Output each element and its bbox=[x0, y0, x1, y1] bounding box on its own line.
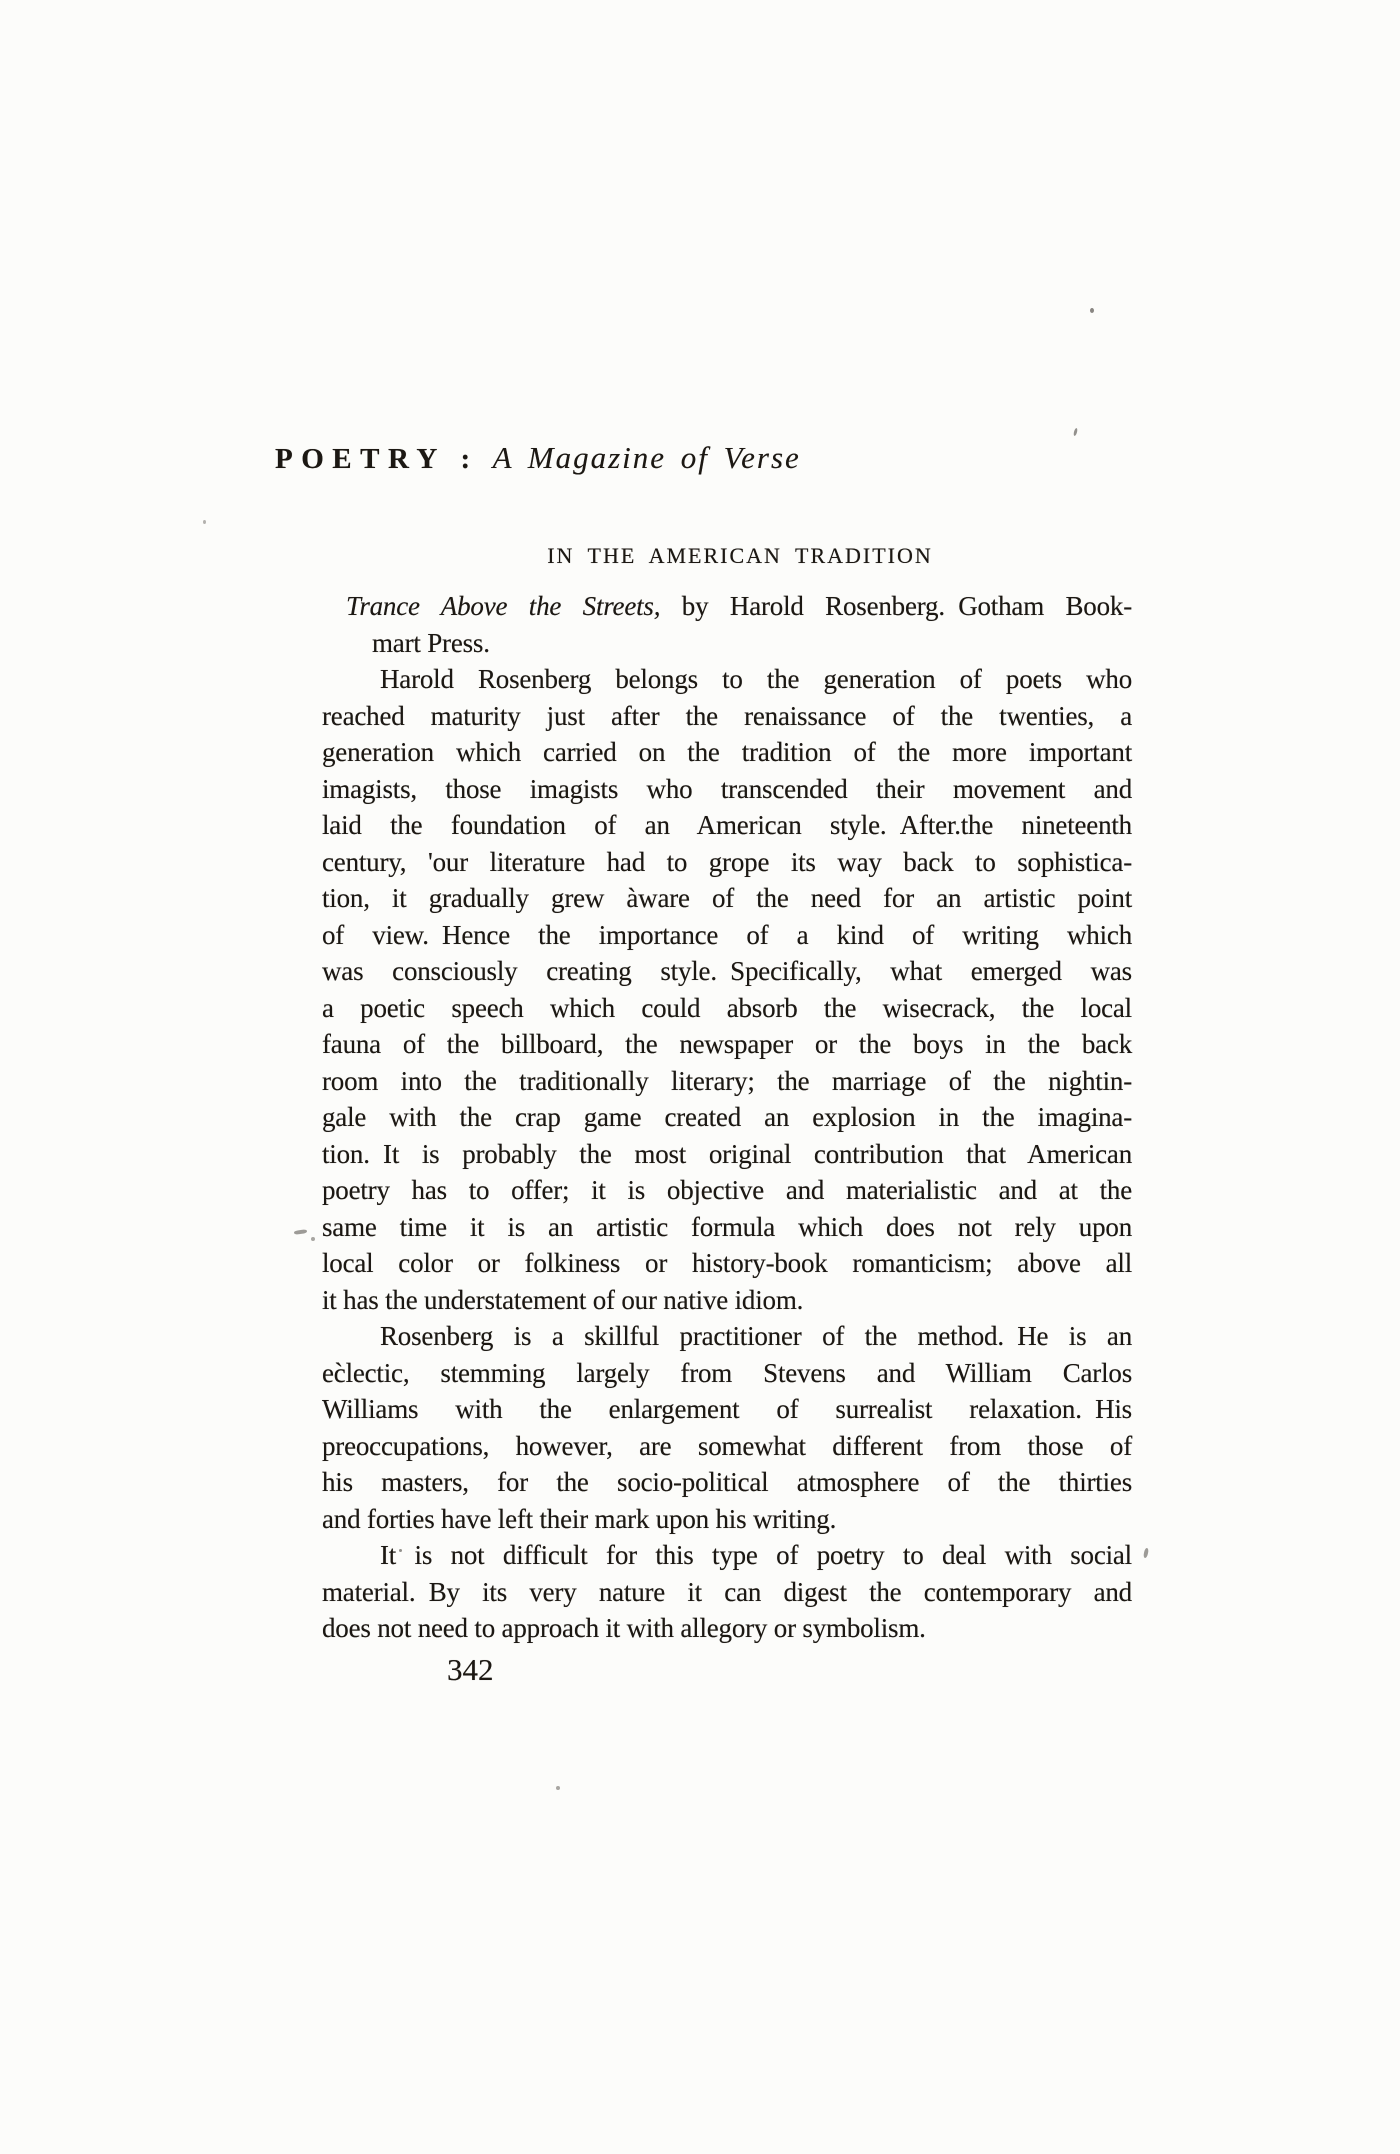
body-line: reached maturity just after the renaissa… bbox=[322, 698, 1132, 735]
citation-line-1: Trance Above the Streets, by Harold Rose… bbox=[322, 588, 1132, 625]
body-line: room into the traditionally literary; th… bbox=[322, 1063, 1132, 1100]
body-line: does not need to approach it with allego… bbox=[322, 1610, 1132, 1647]
ink-speck bbox=[1143, 1548, 1149, 1559]
ink-speck bbox=[399, 1549, 402, 1552]
body-line: and forties have left their mark upon hi… bbox=[322, 1501, 1132, 1538]
scanned-page: POETRY :A Magazine of Verse IN THE AMERI… bbox=[0, 0, 1400, 2154]
body-line: his masters, for the socio-political atm… bbox=[322, 1464, 1132, 1501]
body-line: Harold Rosenberg belongs to the generati… bbox=[322, 661, 1132, 698]
body-line: tion. It is probably the most original c… bbox=[322, 1136, 1132, 1173]
body-line: Rosenberg is a skillful practitioner of … bbox=[322, 1318, 1132, 1355]
section-heading: IN THE AMERICAN TRADITION bbox=[322, 543, 1132, 569]
page-number: 342 bbox=[447, 1652, 494, 1688]
body-line: generation which carried on the traditio… bbox=[322, 734, 1132, 771]
ink-speck bbox=[556, 1786, 560, 1790]
body-line: material. By its very nature it can dige… bbox=[322, 1574, 1132, 1611]
body-line: was consciously creating style. Specific… bbox=[322, 953, 1132, 990]
body-line: It is not difficult for this type of poe… bbox=[322, 1537, 1132, 1574]
body-line: it has the understatement of our native … bbox=[322, 1282, 1132, 1319]
body-line: of view. Hence the importance of a kind … bbox=[322, 917, 1132, 954]
body-line: poetry has to offer; it is objective and… bbox=[322, 1172, 1132, 1209]
body-line: preoccupations, however, are somewhat di… bbox=[322, 1428, 1132, 1465]
body-line: a poetic speech which could absorb the w… bbox=[322, 990, 1132, 1027]
citation-line-2: mart Press. bbox=[322, 625, 1132, 662]
running-header: POETRY :A Magazine of Verse bbox=[275, 440, 801, 476]
journal-title: POETRY : bbox=[275, 443, 479, 475]
body-line: fauna of the billboard, the newspaper or… bbox=[322, 1026, 1132, 1063]
body-line: century, 'our literature had to grope it… bbox=[322, 844, 1132, 881]
body-line: gale with the crap game created an explo… bbox=[322, 1099, 1132, 1136]
citation-rest: by Harold Rosenberg. Gotham Book- bbox=[660, 591, 1132, 621]
body-line: local color or folkiness or history-book… bbox=[322, 1245, 1132, 1282]
body-line: ec̀lectic, stemming largely from Stevens… bbox=[322, 1355, 1132, 1392]
body-line: same time it is an artistic formula whic… bbox=[322, 1209, 1132, 1246]
body-line: Williams with the enlargement of surreal… bbox=[322, 1391, 1132, 1428]
ink-speck bbox=[1090, 308, 1094, 313]
ink-smudge bbox=[294, 1229, 307, 1235]
ink-speck bbox=[1073, 428, 1078, 437]
ink-speck bbox=[203, 520, 206, 524]
journal-subtitle: A Magazine of Verse bbox=[493, 440, 801, 475]
body-line: tion, it gradually grew àware of the ne… bbox=[322, 880, 1132, 917]
review-body: Harold Rosenberg belongs to the generati… bbox=[322, 661, 1132, 1647]
text-column: Trance Above the Streets, by Harold Rose… bbox=[322, 588, 1132, 1647]
ink-speck bbox=[311, 1237, 315, 1241]
book-title: Trance Above the Streets, bbox=[346, 591, 660, 621]
body-line: imagists, those imagists who transcended… bbox=[322, 771, 1132, 808]
body-line: laid the foundation of an American style… bbox=[322, 807, 1132, 844]
